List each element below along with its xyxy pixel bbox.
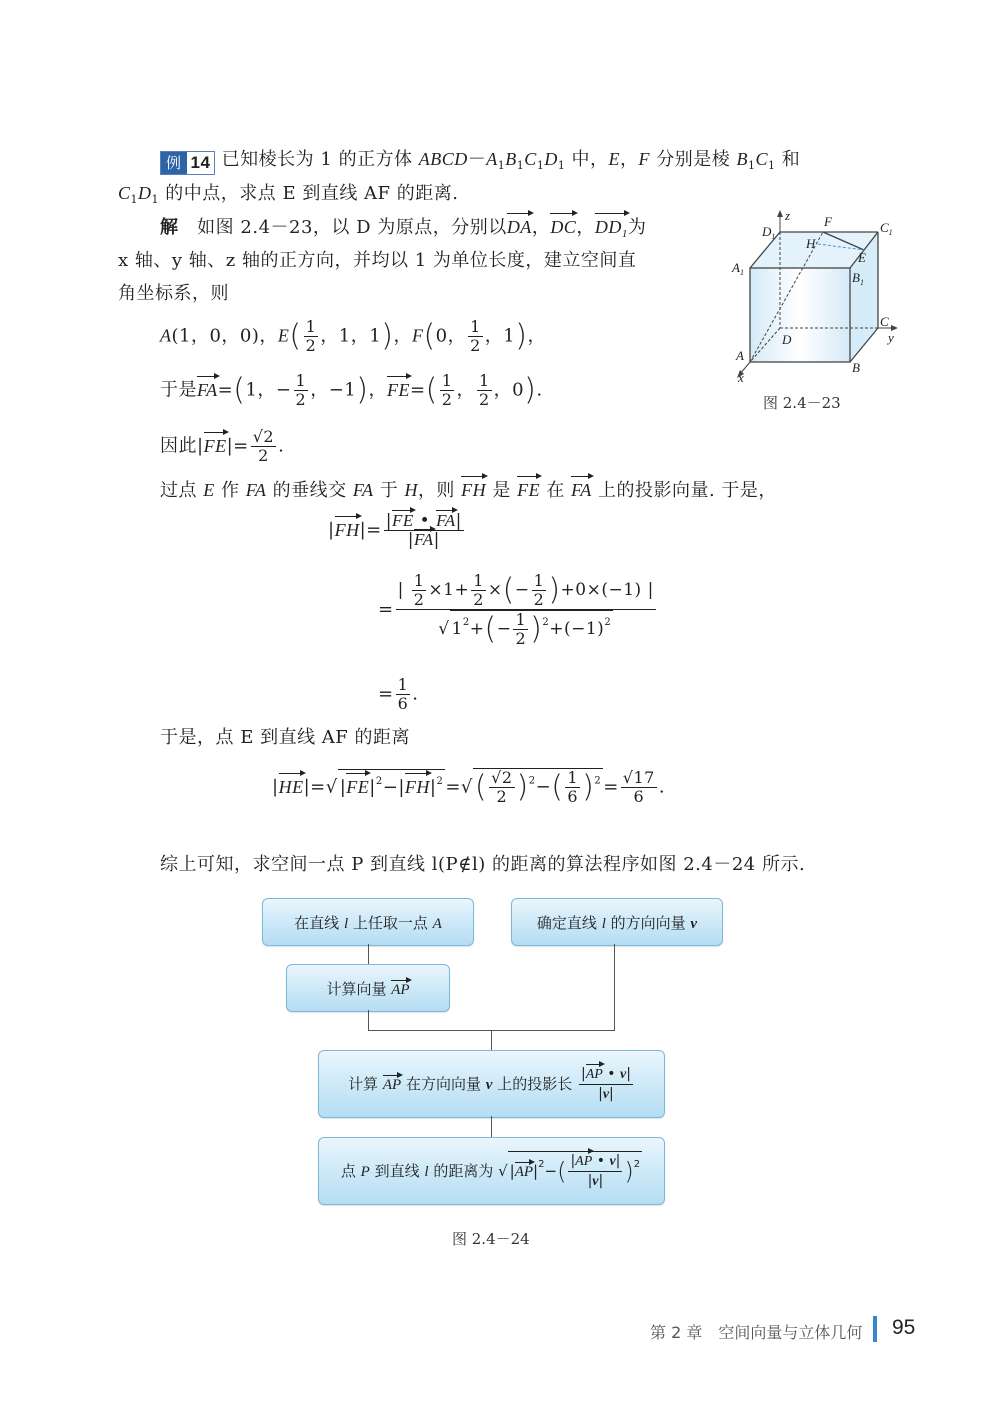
svg-text:A: A bbox=[735, 348, 744, 363]
connector bbox=[368, 944, 369, 964]
page-number: 95 bbox=[892, 1316, 915, 1340]
svg-text:C1: C1 bbox=[880, 220, 893, 237]
page-accent-bar bbox=[873, 1316, 877, 1342]
connector bbox=[614, 944, 615, 1030]
magnitude-line: 因此|FE|=√22. bbox=[160, 428, 284, 465]
example-statement-line1: 例14 已知棱长为 1 的正方体 ABCD－A1B1C1D1 中，E，F 分别是… bbox=[160, 147, 800, 178]
example-badge: 例14 bbox=[160, 151, 215, 175]
figure-24-caption: 图 2.4－24 bbox=[452, 1228, 530, 1249]
solution-line1: 解 如图 2.4－23，以 D 为原点，分别以DA，DC，DD1为 bbox=[160, 215, 646, 246]
figure-23-caption: 图 2.4－23 bbox=[763, 392, 841, 413]
example-statement-line2: C1D1 的中点，求点 E 到直线 AF 的距离. bbox=[118, 181, 458, 212]
fh-formula: |FH|=|FE • FA||FA| bbox=[328, 512, 466, 549]
vectors-line: 于是FA=(1，−12，−1)，FE=(12，12，0). bbox=[160, 372, 543, 409]
text: 已知棱长为 1 的正方体 bbox=[222, 149, 419, 170]
connector bbox=[491, 1116, 492, 1137]
flow-box-pick-point-label: 在直线 l 上任取一点 A bbox=[294, 912, 442, 933]
distance-formula: |HE|=√|FE|2−|FH|2=√(√22)2−(16)2=√176. bbox=[272, 768, 665, 806]
flow-box-direction-vector: 确定直线 l 的方向向量 v bbox=[511, 898, 723, 946]
flow-box-distance-label: 点 P 到直线 l 的距离为 √|AP|2−(|AP • v||v|)2 bbox=[341, 1151, 642, 1191]
flow-box-projection: 计算 AP 在方向向量 v 上的投影长 |AP • v||v| bbox=[318, 1050, 665, 1118]
text: 于是 bbox=[160, 380, 197, 401]
math: ABCD bbox=[419, 149, 468, 169]
text: 的中点，求点 E 到直线 AF 的距离. bbox=[159, 183, 458, 204]
fh-result: =16. bbox=[378, 676, 419, 713]
svg-text:B: B bbox=[852, 360, 860, 375]
solution-line2: x 轴、y 轴、z 轴的正方向，并均以 1 为单位长度，建立空间直 bbox=[118, 249, 636, 273]
flow-box-compute-ap: 计算向量 AP bbox=[286, 964, 450, 1012]
svg-text:H: H bbox=[805, 236, 816, 251]
solution-line3: 角坐标系，则 bbox=[118, 282, 229, 306]
distance-intro: 于是，点 E 到直线 AF 的距离 bbox=[160, 726, 410, 750]
svg-text:C: C bbox=[880, 314, 889, 329]
svg-text:y: y bbox=[886, 330, 894, 345]
flow-box-pick-point: 在直线 l 上任取一点 A bbox=[262, 898, 474, 946]
text: 和 bbox=[776, 149, 801, 170]
example-badge-char: 例 bbox=[161, 152, 187, 174]
cube-figure: D1 z F C1 H E A1 B1 C y D A B x bbox=[728, 210, 898, 385]
connector bbox=[368, 1010, 369, 1030]
text: 中， bbox=[565, 149, 608, 170]
example-badge-number: 14 bbox=[187, 152, 215, 174]
fh-calculation: = | 12×1+12×(−12)+0×(−1) | √12+(−12)2+(−… bbox=[378, 572, 658, 648]
flow-box-compute-ap-label: 计算向量 AP bbox=[326, 978, 409, 999]
flow-box-direction-vector-label: 确定直线 l 的方向向量 v bbox=[537, 912, 697, 933]
label-D1: D1 bbox=[761, 224, 775, 241]
perpendicular-line: 过点 E 作 FA 的垂线交 FA 于 H，则 FH 是 FE 在 FA 上的投… bbox=[160, 478, 777, 503]
svg-text:x: x bbox=[737, 370, 744, 385]
coords-line: A(1，0，0)，E(12，1，1)，F(0，12，1)， bbox=[160, 318, 546, 355]
connector bbox=[491, 1030, 492, 1050]
text: 如图 2.4－23，以 D 为原点，分别以 bbox=[197, 217, 507, 238]
svg-text:z: z bbox=[784, 210, 790, 223]
flow-box-distance: 点 P 到直线 l 的距离为 √|AP|2−(|AP • v||v|)2 bbox=[318, 1137, 665, 1205]
chapter-title: 第 2 章 空间向量与立体几何 bbox=[650, 1320, 862, 1343]
svg-text:F: F bbox=[823, 214, 833, 229]
text: 为 bbox=[628, 217, 647, 238]
svg-text:A1: A1 bbox=[731, 260, 744, 277]
flow-box-projection-label: 计算 AP 在方向向量 v 上的投影长 |AP • v||v| bbox=[348, 1065, 635, 1104]
text: 因此 bbox=[160, 436, 197, 457]
solution-label: 解 bbox=[160, 217, 179, 238]
svg-text:D: D bbox=[781, 332, 792, 347]
text: 分别是棱 bbox=[650, 149, 736, 170]
summary-text: 综上可知，求空间一点 P 到直线 l(P∉l) 的距离的算法程序如图 2.4－2… bbox=[160, 853, 805, 877]
svg-text:E: E bbox=[857, 250, 866, 265]
